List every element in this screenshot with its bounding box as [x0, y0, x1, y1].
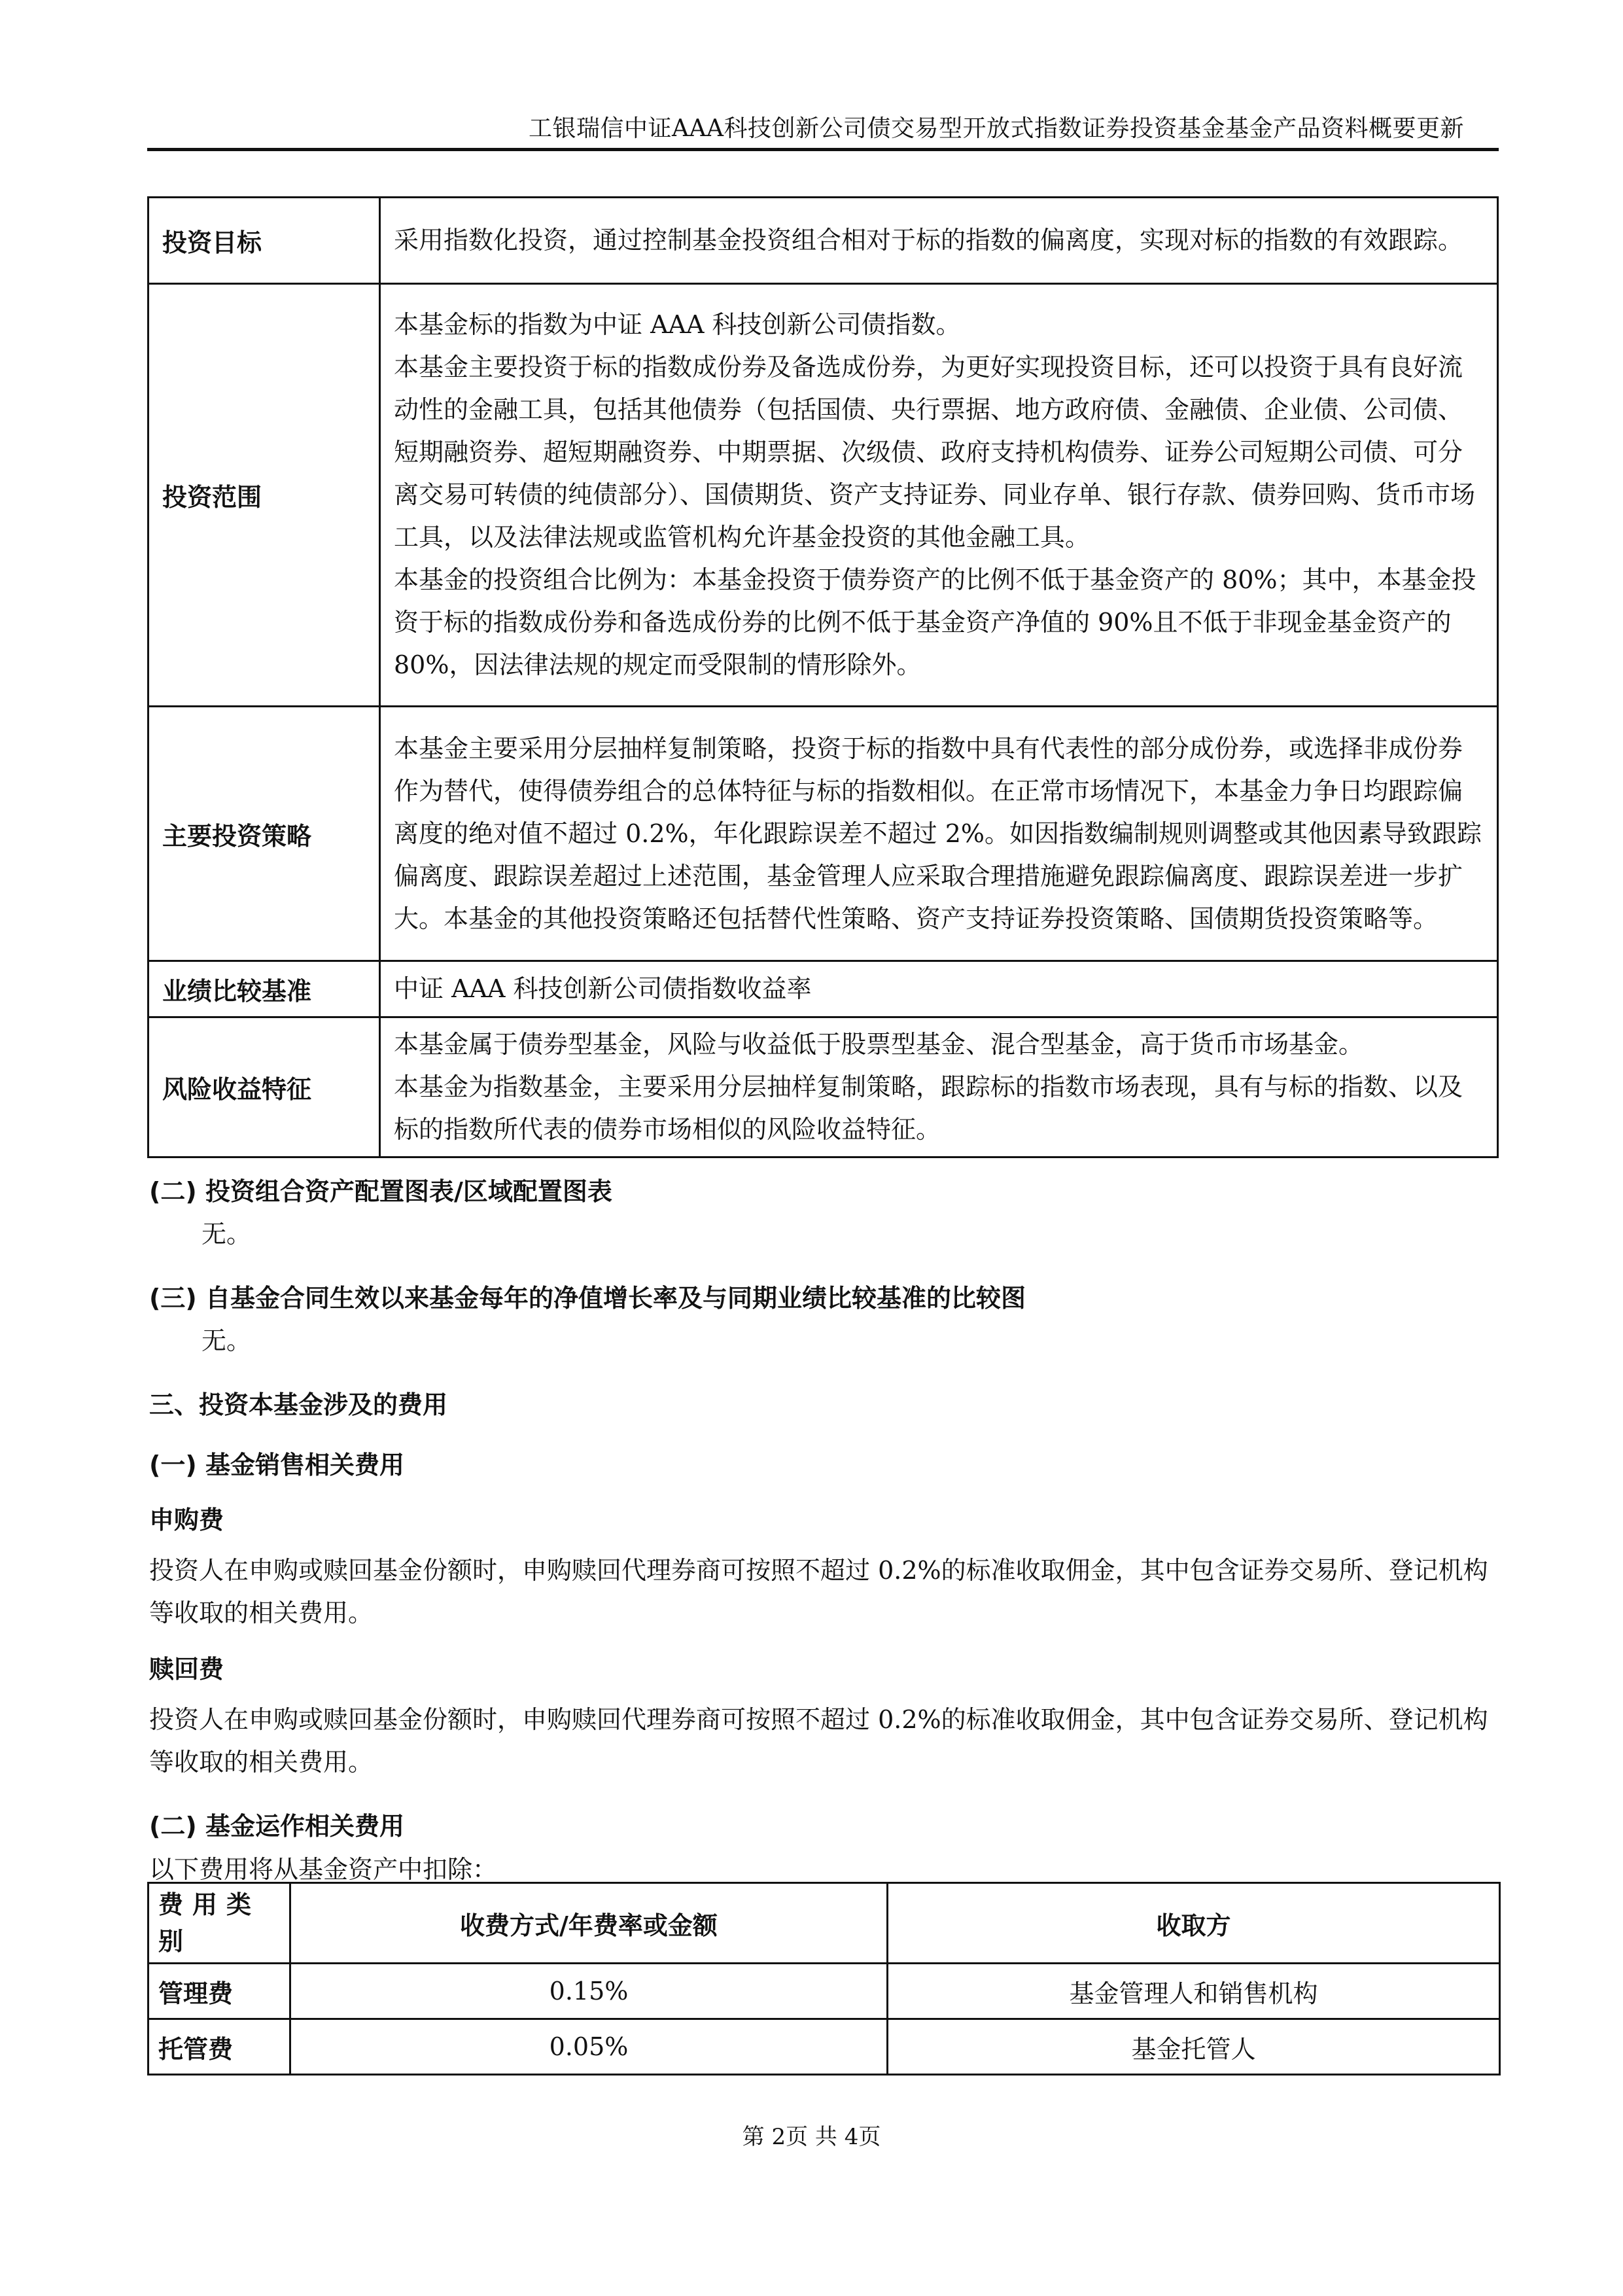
- section-heading-sales-fees: (一) 基金销售相关费用: [149, 1445, 404, 1481]
- table-row-investment-strategy: 主要投资策略 本基金主要采用分层抽样复制策略，投资于标的指数中具有代表性的部分成…: [148, 707, 1498, 961]
- paragraph: 本基金的投资组合比例为：本基金投资于债券资产的比例不低于基金资产的 80%；其中…: [394, 559, 1486, 686]
- table-row-investment-scope: 投资范围 本基金标的指数为中证 AAA 科技创新公司债指数。 本基金主要投资于标…: [148, 284, 1498, 707]
- section-heading-operation-fees: (二) 基金运作相关费用: [149, 1806, 404, 1842]
- header-divider: [147, 148, 1499, 151]
- document-header-title: 工银瑞信中证AAA科技创新公司债交易型开放式指数证券投资基金基金产品资料概要更新: [529, 110, 1464, 143]
- column-header-recipient: 收取方: [888, 1883, 1500, 1964]
- row-label: 投资范围: [148, 284, 380, 707]
- fee-type-cell: 管理费: [148, 1964, 290, 2019]
- column-header-fee-rate: 收费方式/年费率或金额: [290, 1883, 888, 1964]
- subscription-fee-text: 投资人在申购或赎回基金份额时，申购赎回代理券商可按照不超过 0.2%的标准收取佣…: [149, 1549, 1501, 1634]
- page-number: 第 2页 共 4页: [0, 2119, 1623, 2151]
- fee-rate-cell: 0.05%: [290, 2019, 888, 2075]
- fee-rate-cell: 0.15%: [290, 1964, 888, 2019]
- table-row: 管理费 0.15% 基金管理人和销售机构: [148, 1964, 1500, 2019]
- section-heading-asset-allocation: (二) 投资组合资产配置图表/区域配置图表: [149, 1171, 612, 1207]
- recipient-cell: 基金管理人和销售机构: [888, 1964, 1500, 2019]
- fund-info-table: 投资目标 采用指数化投资，通过控制基金投资组合相对于标的指数的偏离度，实现对标的…: [147, 196, 1499, 1158]
- recipient-cell: 基金托管人: [888, 2019, 1500, 2075]
- paragraph: 本基金标的指数为中证 AAA 科技创新公司债指数。: [394, 304, 1486, 346]
- row-value: 采用指数化投资，通过控制基金投资组合相对于标的指数的偏离度，实现对标的指数的有效…: [380, 198, 1498, 284]
- section-body-asset-allocation: 无。: [201, 1214, 251, 1250]
- section-body-performance-comparison: 无。: [201, 1320, 251, 1356]
- row-value: 本基金主要采用分层抽样复制策略，投资于标的指数中具有代表性的部分成份券，或选择非…: [380, 707, 1498, 961]
- operation-fee-table: 费用类别 收费方式/年费率或金额 收取方 管理费 0.15% 基金管理人和销售机…: [147, 1882, 1501, 2075]
- row-label: 业绩比较基准: [148, 961, 380, 1017]
- subheading-subscription-fee: 申购费: [149, 1500, 224, 1536]
- fee-table-header-row: 费用类别 收费方式/年费率或金额 收取方: [148, 1883, 1500, 1964]
- paragraph: 本基金主要投资于标的指数成份券及备选成份券，为更好实现投资目标，还可以投资于具有…: [394, 346, 1486, 559]
- row-value: 本基金属于债券型基金，风险与收益低于股票型基金、混合型基金，高于货币市场基金。 …: [380, 1017, 1498, 1157]
- row-value: 中证 AAA 科技创新公司债指数收益率: [380, 961, 1498, 1017]
- paragraph: 中证 AAA 科技创新公司债指数收益率: [394, 968, 1486, 1010]
- column-header-fee-type: 费用类别: [148, 1883, 290, 1964]
- paragraph: 采用指数化投资，通过控制基金投资组合相对于标的指数的偏离度，实现对标的指数的有效…: [394, 219, 1486, 262]
- redemption-fee-text: 投资人在申购或赎回基金份额时，申购赎回代理券商可按照不超过 0.2%的标准收取佣…: [149, 1699, 1501, 1784]
- section-heading-performance-comparison: (三) 自基金合同生效以来基金每年的净值增长率及与同期业绩比较基准的比较图: [149, 1278, 1026, 1314]
- table-row-risk-return: 风险收益特征 本基金属于债券型基金，风险与收益低于股票型基金、混合型基金，高于货…: [148, 1017, 1498, 1157]
- table-row: 托管费 0.05% 基金托管人: [148, 2019, 1500, 2075]
- paragraph: 本基金属于债券型基金，风险与收益低于股票型基金、混合型基金，高于货币市场基金。: [394, 1023, 1486, 1066]
- row-value: 本基金标的指数为中证 AAA 科技创新公司债指数。 本基金主要投资于标的指数成份…: [380, 284, 1498, 707]
- subheading-redemption-fee: 赎回费: [149, 1649, 224, 1685]
- operation-fees-note: 以下费用将从基金资产中扣除：: [149, 1849, 497, 1885]
- row-label: 风险收益特征: [148, 1017, 380, 1157]
- table-row-investment-objective: 投资目标 采用指数化投资，通过控制基金投资组合相对于标的指数的偏离度，实现对标的…: [148, 198, 1498, 284]
- table-row-benchmark: 业绩比较基准 中证 AAA 科技创新公司债指数收益率: [148, 961, 1498, 1017]
- paragraph: 本基金主要采用分层抽样复制策略，投资于标的指数中具有代表性的部分成份券，或选择非…: [394, 728, 1486, 940]
- paragraph: 本基金为指数基金，主要采用分层抽样复制策略，跟踪标的指数市场表现，具有与标的指数…: [394, 1066, 1486, 1151]
- part-heading-fees: 三、投资本基金涉及的费用: [149, 1385, 447, 1421]
- fee-type-cell: 托管费: [148, 2019, 290, 2075]
- row-label: 投资目标: [148, 198, 380, 284]
- row-label: 主要投资策略: [148, 707, 380, 961]
